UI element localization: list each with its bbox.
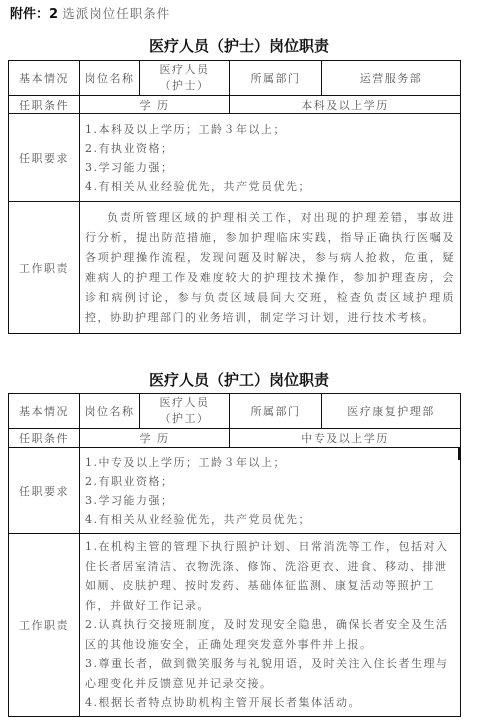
requirement-item: 2.有执业资格； (85, 139, 456, 158)
basic-info-row: 基本情况 岗位名称 医疗人员 （护工） 所属部门 医疗康复护理部 (9, 394, 461, 429)
duties-row: 工作职责 负责所管理区域的护理相关工作，对出现的护理差错，事故进行分析，提出防范… (9, 202, 461, 334)
requirements-row: 任职要求 1.本科及以上学历；工龄３年以上； 2.有执业资格； 3.学习能力强；… (9, 114, 461, 202)
job-table-nurse: 基本情况 岗位名称 医疗人员 （护士） 所属部门 运营服务部 任职条件 学 历 … (8, 60, 461, 334)
attachment-number: 2 (49, 7, 58, 22)
job-table-caregiver: 基本情况 岗位名称 医疗人员 （护工） 所属部门 医疗康复护理部 任职条件 学 … (8, 393, 461, 717)
requirement-item: 3.学习能力强； (85, 491, 456, 510)
table-title-caregiver: 医疗人员（护工）岗位职责 (0, 369, 478, 390)
requirements-list: 1.中专及以上学历；工龄３年以上； 2.有职业资格； 3.学习能力强； 4.有相… (80, 448, 461, 534)
border-artifact (458, 448, 461, 460)
requirement-item: 1.中专及以上学历；工龄３年以上； (85, 453, 456, 472)
edu-value: 中专及以上学历 (230, 429, 461, 448)
duty-item: 2.认真执行交接班制度，及时发现安全隐患，确保长者安全及生活区的其他设施安全，正… (85, 615, 456, 654)
duty-item: 3.尊重长者，做到微笑服务与礼貌用语，及时关注入住长者生理与心理变化并反馈意见并… (85, 654, 456, 693)
qual-label: 任职条件 (9, 96, 80, 114)
edu-value: 本科及以上学历 (230, 96, 461, 114)
post-name-line1: 医疗人员 (140, 62, 229, 78)
req-label: 任职要求 (9, 448, 80, 534)
qualification-row: 任职条件 学 历 本科及以上学历 (9, 96, 461, 114)
requirements-row: 任职要求 1.中专及以上学历；工龄３年以上； 2.有职业资格； 3.学习能力强；… (9, 448, 461, 534)
post-name-label: 岗位名称 (80, 61, 140, 96)
dept-label: 所属部门 (230, 394, 322, 429)
requirement-item: 3.学习能力强； (85, 158, 456, 177)
post-name-line1: 医疗人员 (140, 395, 229, 411)
duty-label: 工作职责 (9, 534, 80, 717)
post-name-label: 岗位名称 (80, 394, 140, 429)
basic-label: 基本情况 (9, 61, 80, 96)
attachment-heading: 附件：2 选派岗位任职条件 (10, 3, 170, 22)
dept-label: 所属部门 (230, 61, 322, 96)
post-name-value: 医疗人员 （护士） (140, 61, 230, 96)
duty-label: 工作职责 (9, 202, 80, 334)
requirement-item: 2.有职业资格； (85, 472, 456, 491)
table-title-nurse: 医疗人员（护士）岗位职责 (0, 35, 478, 56)
edu-label: 学 历 (80, 429, 230, 448)
requirement-item: 4.有相关从业经验优先，共产党员优先； (85, 510, 456, 529)
requirements-list: 1.本科及以上学历；工龄３年以上； 2.有执业资格； 3.学习能力强； 4.有相… (80, 114, 461, 202)
qual-label: 任职条件 (9, 429, 80, 448)
basic-info-row: 基本情况 岗位名称 医疗人员 （护士） 所属部门 运营服务部 (9, 61, 461, 96)
req-label: 任职要求 (9, 114, 80, 202)
requirement-item: 1.本科及以上学历；工龄３年以上； (85, 120, 456, 139)
post-name-line2: （护工） (140, 411, 229, 427)
basic-label: 基本情况 (9, 394, 80, 429)
attachment-title: 选派岗位任职条件 (62, 6, 170, 21)
dept-value: 运营服务部 (322, 61, 461, 96)
duty-item: 4.根据长者特点协助机构主管开展长者集体活动。 (85, 693, 456, 713)
duties-list: 1.在机构主管的管理下执行照护计划、日常消洗等工作，包括对入住长者居室清洁、衣物… (80, 534, 461, 717)
post-name-value: 医疗人员 （护工） (140, 394, 230, 429)
dept-value: 医疗康复护理部 (322, 394, 461, 429)
edu-label: 学 历 (80, 96, 230, 114)
duties-row: 工作职责 1.在机构主管的管理下执行照护计划、日常消洗等工作，包括对入住长者居室… (9, 534, 461, 717)
attachment-label: 附件： (10, 7, 49, 22)
post-name-line2: （护士） (140, 78, 229, 94)
duty-item: 1.在机构主管的管理下执行照护计划、日常消洗等工作，包括对入住长者居室清洁、衣物… (85, 537, 456, 615)
qualification-row: 任职条件 学 历 中专及以上学历 (9, 429, 461, 448)
duties-text: 负责所管理区域的护理相关工作，对出现的护理差错，事故进行分析，提出防范措施，参加… (80, 202, 461, 334)
requirement-item: 4.有相关从业经验优先，共产党员优先； (85, 177, 456, 196)
